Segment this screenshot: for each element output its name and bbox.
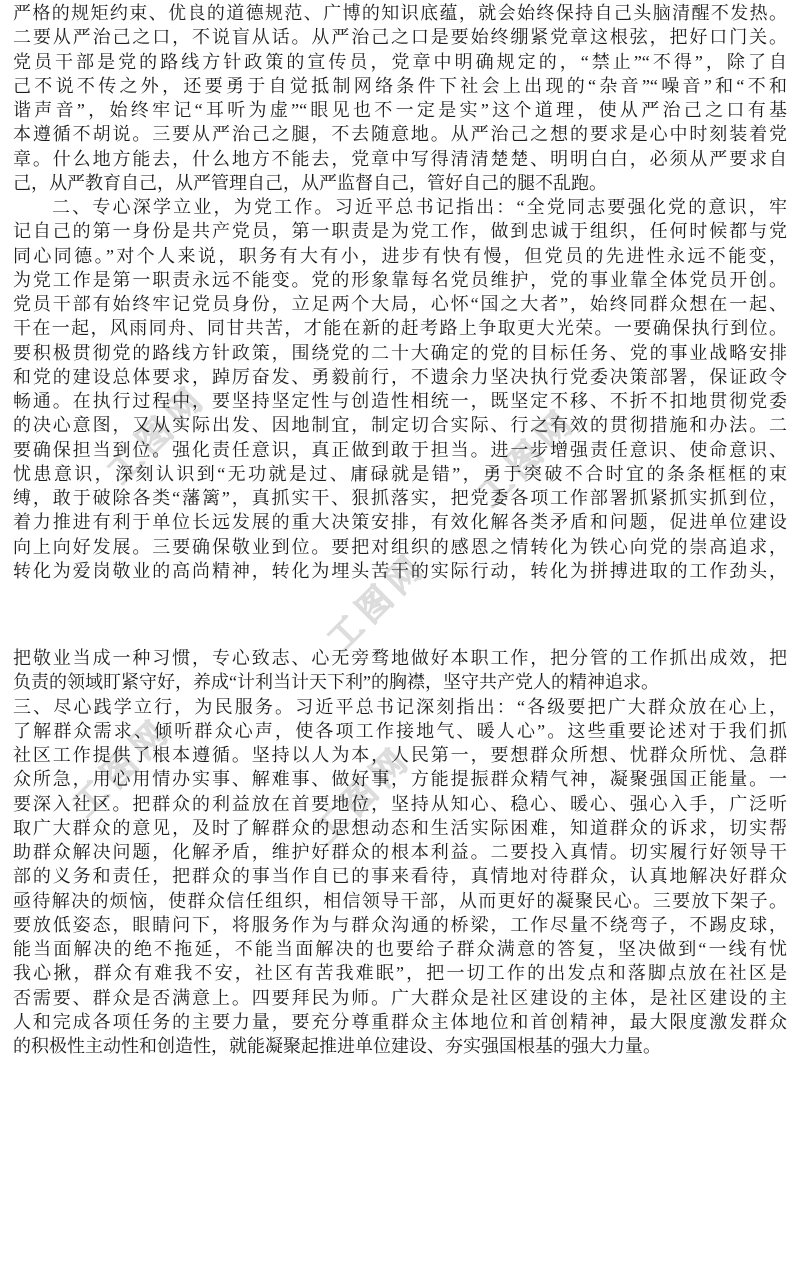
text-line: 为党工作是第一职责永远不能变。党的形象靠每名党员维护，党的事业靠全体党员开创。	[13, 268, 787, 292]
text-line: 了解群众需求、倾听群众心声，使各项工作接地气、暖人心”。这些重要论述对于我们抓	[13, 719, 787, 743]
text-line: 众所急，用心用情办实事、解难事、做好事，方能提振群众精气神，凝聚强国正能量。一	[13, 767, 787, 791]
document-body: 严格的规矩约束、优良的道德规范、广博的知识底蕴，就会始终保持自己头脑清醒不发热。…	[13, 1, 787, 1058]
text-line: 党员干部是党的路线方针政策的宣传员，党章中明确规定的，“禁止”“不得”，除了自	[13, 50, 787, 74]
text-line: 要放低姿态，眼睛问下，将服务作为与群众沟通的桥梁，工作尽量不绕弯子，不踢皮球，	[13, 913, 787, 937]
text-line: 我心揪，群众有难我不安，社区有苦我难眠”，把一切工作的出发点和落脚点放在社区是	[13, 961, 787, 985]
text-line: 能当面解决的绝不拖延，不能当面解决的也要给子群众满意的答复，坚决做到“一线有忧	[13, 937, 787, 961]
text-line: 人和完成各项任务的主要力量，要充分尊重群众主体地位和首创精神，最大限度激发群众	[13, 1010, 787, 1034]
text-line: 畅通。在执行过程中，要坚持坚定性与创造性相统一，既坚定不移、不折不扣地贯彻党委	[13, 389, 787, 413]
text-line: 转化为爱岗敬业的高尚精神，转化为埋头苦干的实际行动，转化为拼搏进取的工作劲头，	[13, 559, 787, 583]
text-line: 本遵循不胡说。三要从严治己之腿，不去随意地。从严治己之想的要求是心中时刻装着党	[13, 122, 787, 146]
document-page: 工图网工图网工图网工图网工图网 严格的规矩约束、优良的道德规范、广博的知识底蕴，…	[0, 0, 800, 1261]
text-line: 章。什么地方能去，什么地方不能去，党章中写得清清楚楚、明明白白，必须从严要求自	[13, 147, 787, 171]
text-line: 严格的规矩约束、优良的道德规范、广博的知识底蕴，就会始终保持自己头脑清醒不发热。	[13, 1, 787, 25]
text-line: 向上向好发展。三要确保敬业到位。要把对组织的感恩之情转化为铁心向党的崇高追求，	[13, 535, 787, 559]
text-line: 部的义务和责任，把群众的事当作自已的事来看待，真情地对待群众，认真地解决好群众	[13, 864, 787, 888]
text-block-1: 严格的规矩约束、优良的道德规范、广博的知识底蕴，就会始终保持自己头脑清醒不发热。…	[13, 1, 787, 583]
text-line: 助群众解决问题，化解矛盾，维护好群众的根本利益。二要投入真情。切实履行好领导干	[13, 840, 787, 864]
text-line: 己不说不传之外，还要勇于自觉抵制网络条件下社会上出现的“杂音”“噪音”和“不和	[13, 74, 787, 98]
text-line: 谐声音”，始终牢记“耳听为虚”“眼见也不一定是实”这个道理，使从严治己之口有基	[13, 98, 787, 122]
text-line: 同心同德。”对个人来说，职务有大有小，进步有快有慢，但党员的先进性永远不能变，	[13, 244, 787, 268]
text-block-2: 把敬业当成一种习惯，专心致志、心无旁骛地做好本职工作，把分管的工作抓出成效，把负…	[13, 646, 787, 1058]
text-line: 亟待解决的烦恼，使群众信任组织，相信领导干部，从而更好的凝聚民心。三要放下架子。	[13, 889, 787, 913]
text-line: 干在一起，风雨同舟、同甘共苦，才能在新的赶考路上争取更大光荣。一要确保执行到位。	[13, 316, 787, 340]
text-line: 把敬业当成一种习惯，专心致志、心无旁骛地做好本职工作，把分管的工作抓出成效，把	[13, 646, 787, 670]
text-line: 取广大群众的意见，及时了解群众的思想动态和生活实际困难，知道群众的诉求，切实帮	[13, 816, 787, 840]
text-line: 忧患意识，深刻认识到“无功就是过、庸碌就是错”，勇于突破不合时宜的条条框框的束	[13, 462, 787, 486]
text-line: 二、专心深学立业，为党工作。习近平总书记指出：“全党同志要强化党的意识，牢	[13, 195, 787, 219]
text-line: 否需要、群众是否满意上。四要拜民为师。广大群众是社区建设的主体，是社区建设的主	[13, 986, 787, 1010]
text-line: 着力推进有利于单位长远发展的重大决策安排，有效化解各类矛盾和问题，促进单位建设	[13, 510, 787, 534]
text-line: 己，从严教育自己，从严管理自己，从严监督自己，管好自己的腿不乱跑。	[13, 171, 787, 195]
text-line: 党员干部有始终牢记党员身份，立足两个大局，心怀“国之大者”，始终同群众想在一起、	[13, 292, 787, 316]
text-line: 和党的建设总体要求，踔厉奋发、勇毅前行，不遗余力坚决执行党委决策部署，保证政令	[13, 365, 787, 389]
text-line: 要确保担当到位。强化责任意识，真正做到敢于担当。进一步增强责任意识、使命意识、	[13, 438, 787, 462]
text-line: 负责的领域盯紧守好，养成“计利当计天下利”的胸襟，坚守共产党人的精神追求。	[13, 670, 787, 694]
text-line: 记自己的第一身份是共产党员，第一职责是为党工作，做到忠诚于组织，任何时候都与党	[13, 219, 787, 243]
text-line: 三、尽心践学立行，为民服务。习近平总书记深刻指出：“各级要把广大群众放在心上，	[13, 695, 787, 719]
text-line: 要积极贯彻党的路线方针政策，围绕党的二十大确定的党的目标任务、党的事业战略安排	[13, 341, 787, 365]
text-line: 二要从严治己之口，不说盲从话。从严治己之口是要始终绷紧党章这根弦，把好口门关。	[13, 25, 787, 49]
text-line: 的积极性主动性和创造性，就能凝聚起推进单位建设、夯实强国根基的强大力量。	[13, 1034, 787, 1058]
text-line: 的决心意图，又从实际出发、因地制宜，制定切合实际、行之有效的贯彻措施和办法。二	[13, 413, 787, 437]
text-line: 要深入社区。把群众的利益放在首要地位，坚持从知心、稳心、暖心、强心入手，广泛听	[13, 792, 787, 816]
text-line: 缚，敢于破除各类“藩篱”，真抓实干、狠抓落实，把党委各项工作部署抓紧抓实抓到位，	[13, 486, 787, 510]
text-line: 社区工作提供了根本遵循。坚持以人为本，人民第一，要想群众所想、忧群众所忧、急群	[13, 743, 787, 767]
